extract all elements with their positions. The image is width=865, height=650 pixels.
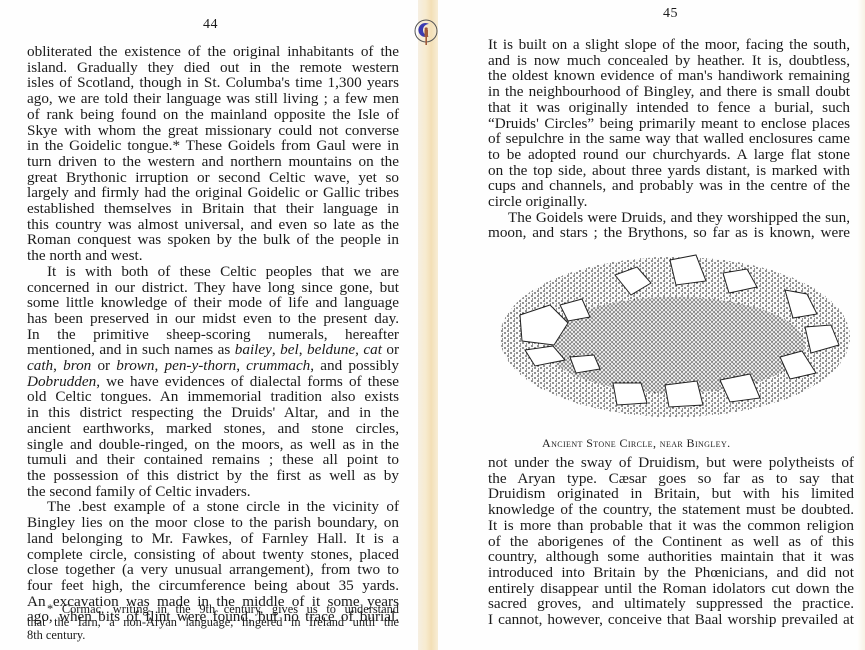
text-line: I cannot, however, conceive that Baal wo… [488,612,854,628]
text-line: close together (a very unusual arrangeme… [27,562,399,578]
text-line: to be adopted round our churchyards. A l… [488,147,850,163]
text-line: In the primitive sheep-scoring numerals,… [27,327,399,343]
text-line: island. Gradually they died out in the r… [27,60,399,76]
page-number-right: 45 [663,6,678,22]
text-line: Bingley lies on the moor close to the pa… [27,515,399,531]
text-line: Roman conquest was spoken by the bulk of… [27,232,399,248]
text-line: and is now much concealed by heather. It… [488,53,850,69]
text-line: in the Goidelic tongue.* These Goidels f… [27,138,399,154]
text-line: It is built on a slight slope of the moo… [488,37,850,53]
text-line: land belonging to Mr. Fawkes, of Farnley… [27,531,399,547]
text-line-italic: Dobrudden, we have evidences of dialecta… [27,374,399,390]
page-edge [857,0,865,650]
text-line: cups and channels, and probably was in t… [488,178,850,194]
text-line: of the aborigenes of the Continent as we… [488,534,854,550]
text-line: entirely disappear until the Roman idola… [488,581,854,597]
text-line-italic: mentioned, and in such names as bailey, … [27,342,399,358]
text-line: It is more than probable that it was the… [488,518,854,534]
text-line: great Brythonic irruption or second Celt… [27,170,399,186]
text-line: Druidism originated in Britain, but with… [488,486,854,502]
text-line: “Druids' Circles” being primarily meant … [488,116,850,132]
text-line: on the top side, about three yards dista… [488,163,850,179]
figure-caption: Ancient Stone Circle, near Bingley. [542,436,731,451]
text-line: ancient earthworks, marked stones, and s… [27,421,399,437]
text-line: complete circle, consisting of about twe… [27,547,399,563]
right-page-body-bottom: not under the sway of Druidism, but were… [488,455,854,628]
text-line: circle originally. [488,194,850,210]
text-line: isles of Scotland, though in St. Columba… [27,75,399,91]
left-page-body: obliterated the existence of the origina… [27,44,399,625]
book-spread: 44 obliterated the existence of the orig… [0,0,865,650]
footnote-line: 8th century. [27,629,399,642]
text-line-italic: cath, bron or brown, pen-y-thorn, crumma… [27,358,399,374]
text-line: four feet high, the circumference being … [27,578,399,594]
book-gutter [418,0,440,650]
text-line: turn driven to the western and northern … [27,154,399,170]
library-stamp-icon [412,19,440,47]
text-line: the second family of Celtic invaders. [27,484,399,500]
text-line: obliterated the existence of the origina… [27,44,399,60]
text-line: moon, and stars ; the Brythons, so far a… [488,225,850,241]
text-line: largely and firmly had the original Goid… [27,185,399,201]
text-line: this country was almost universal, and e… [27,217,399,233]
text-line: the possession of this district by the f… [27,468,399,484]
text-line: of sepulchre in the same way that walled… [488,131,850,147]
text-line: in this district respecting the Druids' … [27,405,399,421]
right-page-body-top: It is built on a slight slope of the moo… [488,37,850,241]
text-line: concerned in our district. They have lon… [27,280,399,296]
text-line: introduced into Britain by the Phœnician… [488,565,854,581]
right-page: 45 It is built on a slight slope of the … [438,0,865,650]
text-line: old Celtic tongues. An immemorial tradit… [27,389,399,405]
text-line: country, although some authorities maint… [488,549,854,565]
text-line: ago, we are told their language was stil… [27,91,399,107]
text-line: Skye with whom the great missionary coul… [27,123,399,139]
footnote: * Cormac, writing in the 9th century, gi… [27,603,399,642]
text-line: the north and west. [27,248,399,264]
text-line: in the neighbourhood of Bingley, and the… [488,84,850,100]
stone-circle-illustration [495,245,855,425]
text-line: It is with both of these Celtic peoples … [27,264,399,280]
text-line: tumuli and their contained remains ; the… [27,452,399,468]
text-line: the oldest known evidence of man's handi… [488,68,850,84]
text-line: the Aryan type. Cæsar goes so far as to … [488,471,854,487]
text-line: some little knowledge of their mode of l… [27,295,399,311]
text-line: knowledge of the country, the statement … [488,502,854,518]
text-line: The Goidels were Druids, and they worshi… [488,210,850,226]
text-line: single and double-ringed, on the moors, … [27,437,399,453]
text-line: sacred groves, and ultimately suppressed… [488,596,854,612]
text-line: of rank being found on the mainland oppo… [27,107,399,123]
text-line: has been preserved in our midst even to … [27,311,399,327]
page-number-left: 44 [203,17,218,33]
text-line: established themselves in Britain that t… [27,201,399,217]
text-line: that it was originally intended to fence… [488,100,850,116]
text-line: not under the sway of Druidism, but were… [488,455,854,471]
text-line: The .best example of a stone circle in t… [27,499,399,515]
left-page: 44 obliterated the existence of the orig… [0,0,418,650]
